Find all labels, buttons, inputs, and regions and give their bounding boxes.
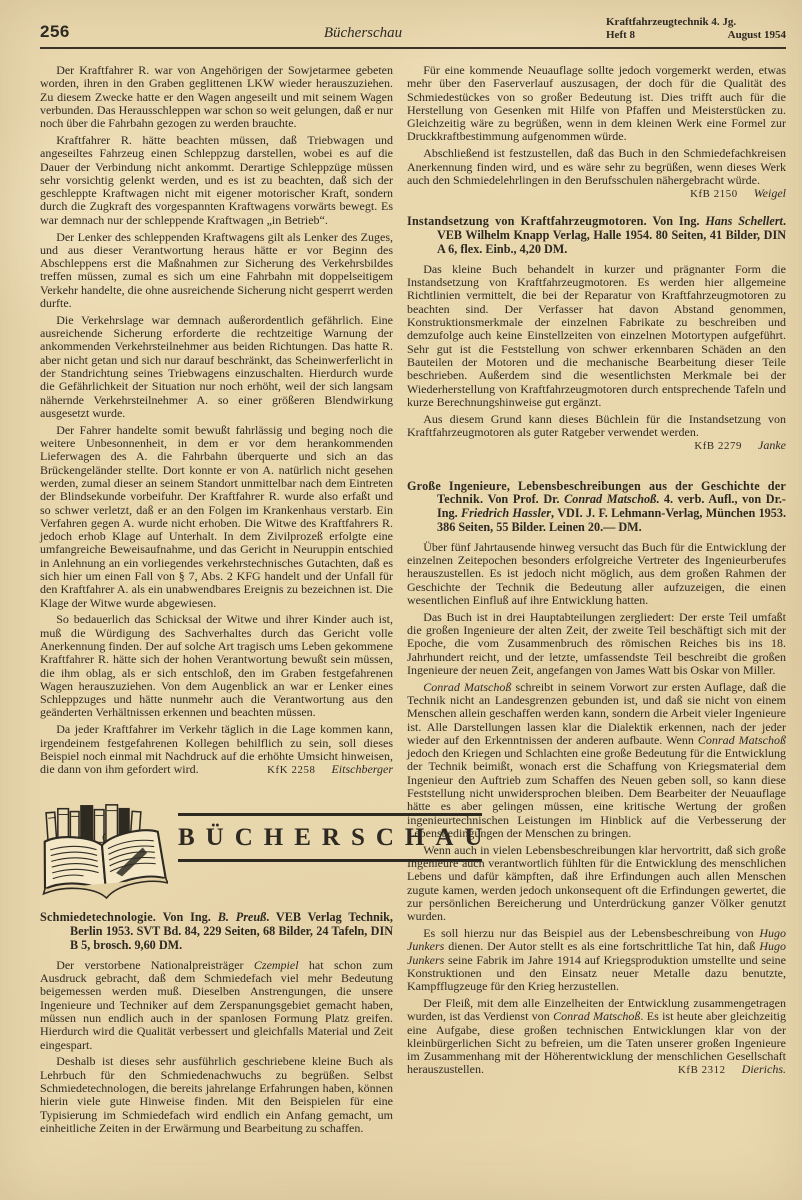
buecherschau-banner: BÜCHERSCHAU (40, 801, 393, 901)
reviewer-name: Dierichs. (742, 1062, 786, 1076)
book-review-heading-instandsetzung: Instandsetzung von Kraftfahrzeugmotoren.… (407, 215, 786, 256)
running-title: Bücherschau (150, 25, 606, 42)
review-code: KfB 2150 (690, 188, 738, 200)
journal-info: Kraftfahrzeugtechnik 4. Jg. Heft 8 Augus… (606, 16, 786, 42)
article-paragraph: Die Verkehrslage war demnach außerordent… (40, 314, 393, 420)
review-paragraph: Conrad Matschoß schreibt in seinem Vorwo… (407, 681, 786, 841)
article-paragraph: Der Fahrer handelte somit bewußt fahrläs… (40, 424, 393, 610)
review-closing-paragraph: Aus diesem Grund kann dieses Büchlein fü… (407, 413, 786, 454)
book-review-heading-grosse-ingenieure: Große Ingenieure, Lebensbeschreibungen a… (407, 480, 786, 535)
review-paragraph: Über fünf Jahrtausende hinweg versucht d… (407, 541, 786, 607)
reviewer-name: Weigel (754, 186, 786, 200)
article-closing-paragraph: Da jeder Kraftfahrer im Verkehr täglich … (40, 723, 393, 777)
scanned-journal-page: 256 Bücherschau Kraftfahrzeugtechnik 4. … (0, 0, 802, 1200)
page-number: 256 (40, 22, 150, 42)
review-code: KfK 2258 (267, 764, 315, 776)
journal-title-line: Kraftfahrzeugtechnik 4. Jg. (606, 16, 786, 29)
journal-issue-line: Heft 8 August 1954 (606, 29, 786, 42)
review-code: KfB 2312 (678, 1064, 726, 1076)
review-signature: KfB 2279Janke (694, 439, 786, 453)
reviewer-name: Janke (758, 438, 786, 452)
page-header: 256 Bücherschau Kraftfahrzeugtechnik 4. … (40, 16, 786, 49)
right-column: Für eine kommende Neuauflage sollte jedo… (407, 64, 786, 1139)
review-code: KfB 2279 (694, 440, 742, 452)
review-paragraph-text: Abschließend ist festzustellen, daß das … (407, 146, 786, 187)
review-signature: KfB 2312Dierichs. (678, 1063, 786, 1077)
review-paragraph: Deshalb ist dieses sehr ausführlich gesc… (40, 1055, 393, 1135)
review-closing-paragraph: Der Fleiß, mit dem alle Einzelheiten der… (407, 997, 786, 1078)
review-closing-paragraph: Abschließend ist festzustellen, daß das … (407, 147, 786, 201)
review-paragraph: Für eine kommende Neuauflage sollte jedo… (407, 64, 786, 144)
review-paragraph: Das Buch ist in drei Hauptabteilungen ze… (407, 611, 786, 677)
review-paragraph: Der verstorbene Nationalpreisträger Czem… (40, 959, 393, 1052)
left-column: Der Kraftfahrer R. war von Angehörigen d… (40, 64, 393, 1139)
review-signature: KfK 2258Eitschberger (267, 763, 393, 777)
journal-heft: Heft 8 (606, 29, 635, 42)
article-paragraph: Kraftfahrer R. hätte beachten müssen, da… (40, 134, 393, 227)
article-paragraph: Der Kraftfahrer R. war von Angehörigen d… (40, 64, 393, 130)
journal-date: August 1954 (728, 29, 786, 42)
article-paragraph: So bedauerlich das Schicksal der Witwe u… (40, 613, 393, 719)
two-column-body: Der Kraftfahrer R. war von Angehörigen d… (40, 64, 786, 1139)
open-book-icon (40, 801, 168, 901)
article-paragraph: Der Lenker des schleppenden Kraftwagens … (40, 231, 393, 311)
review-paragraph: Wenn auch in vielen Lebensbeschreibungen… (407, 844, 786, 924)
review-paragraph-text: Aus diesem Grund kann dieses Büchlein fü… (407, 412, 786, 439)
book-review-heading-schmiedetechnologie: Schmiedetechnologie. Von Ing. B. Preuß. … (40, 911, 393, 952)
reviewer-name: Eitschberger (331, 762, 393, 776)
review-paragraph: Das kleine Buch behandelt in kurzer und … (407, 263, 786, 409)
review-paragraph: Es soll hierzu nur das Beispiel aus der … (407, 927, 786, 993)
review-signature: KfB 2150Weigel (690, 187, 786, 201)
